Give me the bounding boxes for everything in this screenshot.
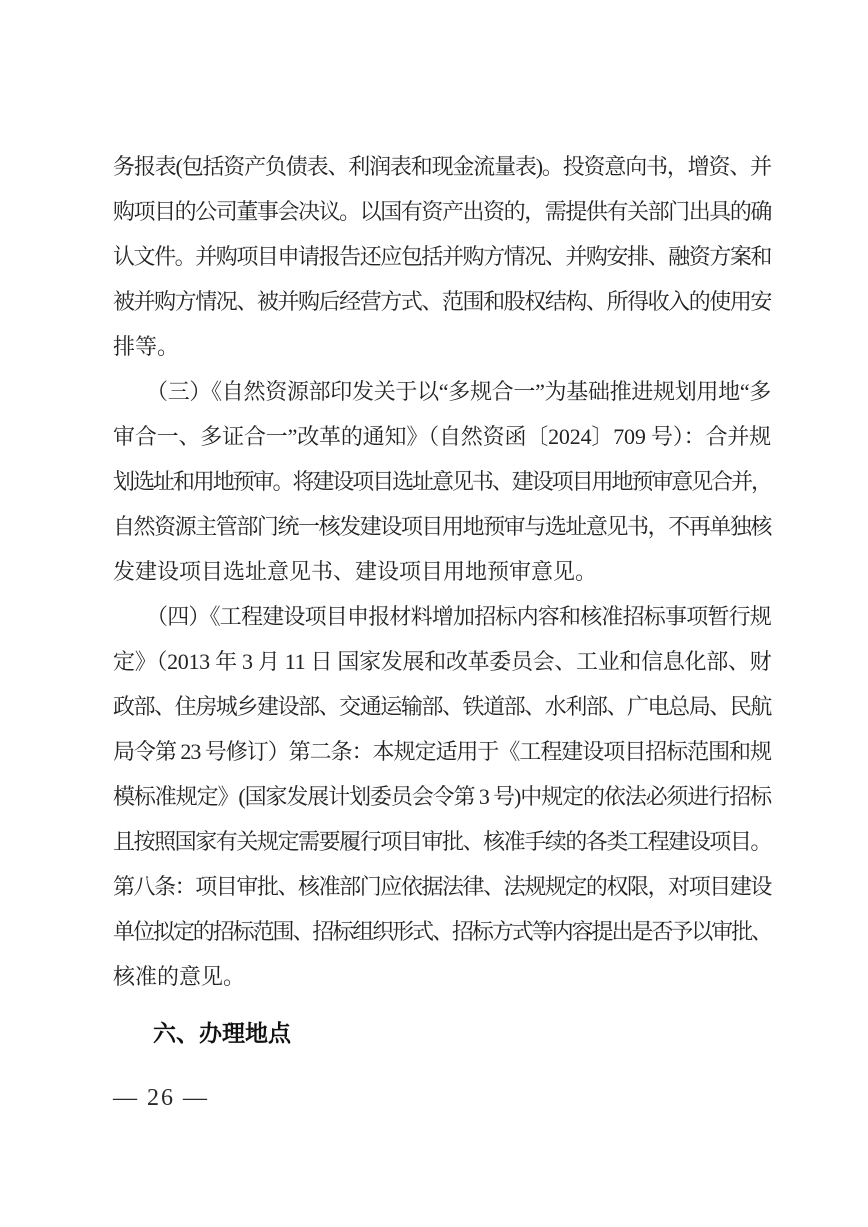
text-line-content: 自然资源主管部门统一核发建设项目用地预审与选址意见书，不再单独核	[113, 514, 771, 539]
text-line-content: 认文件。并购项目申请报告还应包括并购方情况、并购安排、融资方案和	[113, 244, 771, 269]
document-body: 务报表(包括资产负债表、利润表和现金流量表)。投资意向书，增资、并购项目的公司董…	[113, 144, 771, 999]
text-line: 排等。	[113, 324, 771, 369]
text-line: 核准的意见。	[113, 954, 771, 999]
text-line: （三）《自然资源部印发关于以“多规合一”为基础推进规划用地“多	[113, 369, 771, 414]
section-heading: 六、办理地点	[113, 1011, 771, 1056]
page-footer: — 26 —	[113, 1084, 209, 1112]
text-line-content: 政部、住房城乡建设部、交通运输部、铁道部、水利部、广电总局、民航	[113, 694, 771, 719]
text-line: 模标准规定》(国家发展计划委员会令第 3 号)中规定的依法必须进行招标	[113, 774, 771, 819]
text-line-content: 审合一、多证合一”改革的通知》（自然资函〔2024〕709 号）：合并规	[113, 424, 771, 449]
text-line: 认文件。并购项目申请报告还应包括并购方情况、并购安排、融资方案和	[113, 234, 771, 279]
text-line-content: 被并购方情况、被并购后经营方式、范围和股权结构、所得收入的使用安	[113, 289, 771, 314]
text-line: 且按照国家有关规定需要履行项目审批、核准手续的各类工程建设项目。	[113, 819, 771, 864]
text-line-content: （三）《自然资源部印发关于以“多规合一”为基础推进规划用地“多	[146, 379, 771, 404]
text-line: 划选址和用地预审。将建设项目选址意见书、建设项目用地预审意见合并，	[113, 459, 771, 504]
paragraph-continuation-financial-docs: 务报表(包括资产负债表、利润表和现金流量表)。投资意向书，增资、并购项目的公司董…	[113, 144, 771, 369]
text-line: 务报表(包括资产负债表、利润表和现金流量表)。投资意向书，增资、并	[113, 144, 771, 189]
text-line: 自然资源主管部门统一核发建设项目用地预审与选址意见书，不再单独核	[113, 504, 771, 549]
paragraph-item-four-bidding-provisions: （四）《工程建设项目申报材料增加招标内容和核准招标事项暂行规定》（2013 年 …	[113, 594, 771, 999]
text-line-content: 发建设项目选址意见书、建设项目用地预审意见。	[113, 559, 597, 584]
text-line-content: （四）《工程建设项目申报材料增加招标内容和核准招标事项暂行规	[146, 604, 771, 629]
paragraph-item-three-natural-resources-notice: （三）《自然资源部印发关于以“多规合一”为基础推进规划用地“多审合一、多证合一”…	[113, 369, 771, 594]
text-line: 发建设项目选址意见书、建设项目用地预审意见。	[113, 549, 771, 594]
text-line-content: 第八条：项目审批、核准部门应依据法律、法规规定的权限，对项目建设	[113, 874, 771, 899]
text-line: （四）《工程建设项目申报材料增加招标内容和核准招标事项暂行规	[113, 594, 771, 639]
text-line-content: 购项目的公司董事会决议。以国有资产出资的，需提供有关部门出具的确	[113, 199, 771, 224]
text-line-content: 务报表(包括资产负债表、利润表和现金流量表)。投资意向书，增资、并	[113, 154, 771, 179]
text-line: 定》（2013 年 3 月 11 日 国家发展和改革委员会、工业和信息化部、财	[113, 639, 771, 684]
text-line-content: 定》（2013 年 3 月 11 日 国家发展和改革委员会、工业和信息化部、财	[113, 649, 771, 674]
text-line: 第八条：项目审批、核准部门应依据法律、法规规定的权限，对项目建设	[113, 864, 771, 909]
text-line-content: 划选址和用地预审。将建设项目选址意见书、建设项目用地预审意见合并，	[113, 469, 771, 494]
text-line-content: 局令第 23 号修订）第二条：本规定适用于《工程建设项目招标范围和规	[113, 739, 771, 764]
text-line: 审合一、多证合一”改革的通知》（自然资函〔2024〕709 号）：合并规	[113, 414, 771, 459]
document-page: 务报表(包括资产负债表、利润表和现金流量表)。投资意向书，增资、并购项目的公司董…	[0, 0, 868, 1227]
text-line: 单位拟定的招标范围、招标组织形式、招标方式等内容提出是否予以审批、	[113, 909, 771, 954]
text-line-content: 单位拟定的招标范围、招标组织形式、招标方式等内容提出是否予以审批、	[113, 919, 771, 944]
text-line: 被并购方情况、被并购后经营方式、范围和股权结构、所得收入的使用安	[113, 279, 771, 324]
text-line: 政部、住房城乡建设部、交通运输部、铁道部、水利部、广电总局、民航	[113, 684, 771, 729]
text-line: 购项目的公司董事会决议。以国有资产出资的，需提供有关部门出具的确	[113, 189, 771, 234]
text-line-content: 模标准规定》(国家发展计划委员会令第 3 号)中规定的依法必须进行招标	[113, 784, 771, 809]
text-line-content: 排等。	[113, 334, 179, 359]
page-number: — 26 —	[113, 1085, 209, 1111]
text-line-content: 核准的意见。	[113, 964, 245, 989]
text-line: 局令第 23 号修订）第二条：本规定适用于《工程建设项目招标范围和规	[113, 729, 771, 774]
text-line-content: 且按照国家有关规定需要履行项目审批、核准手续的各类工程建设项目。	[113, 829, 771, 854]
